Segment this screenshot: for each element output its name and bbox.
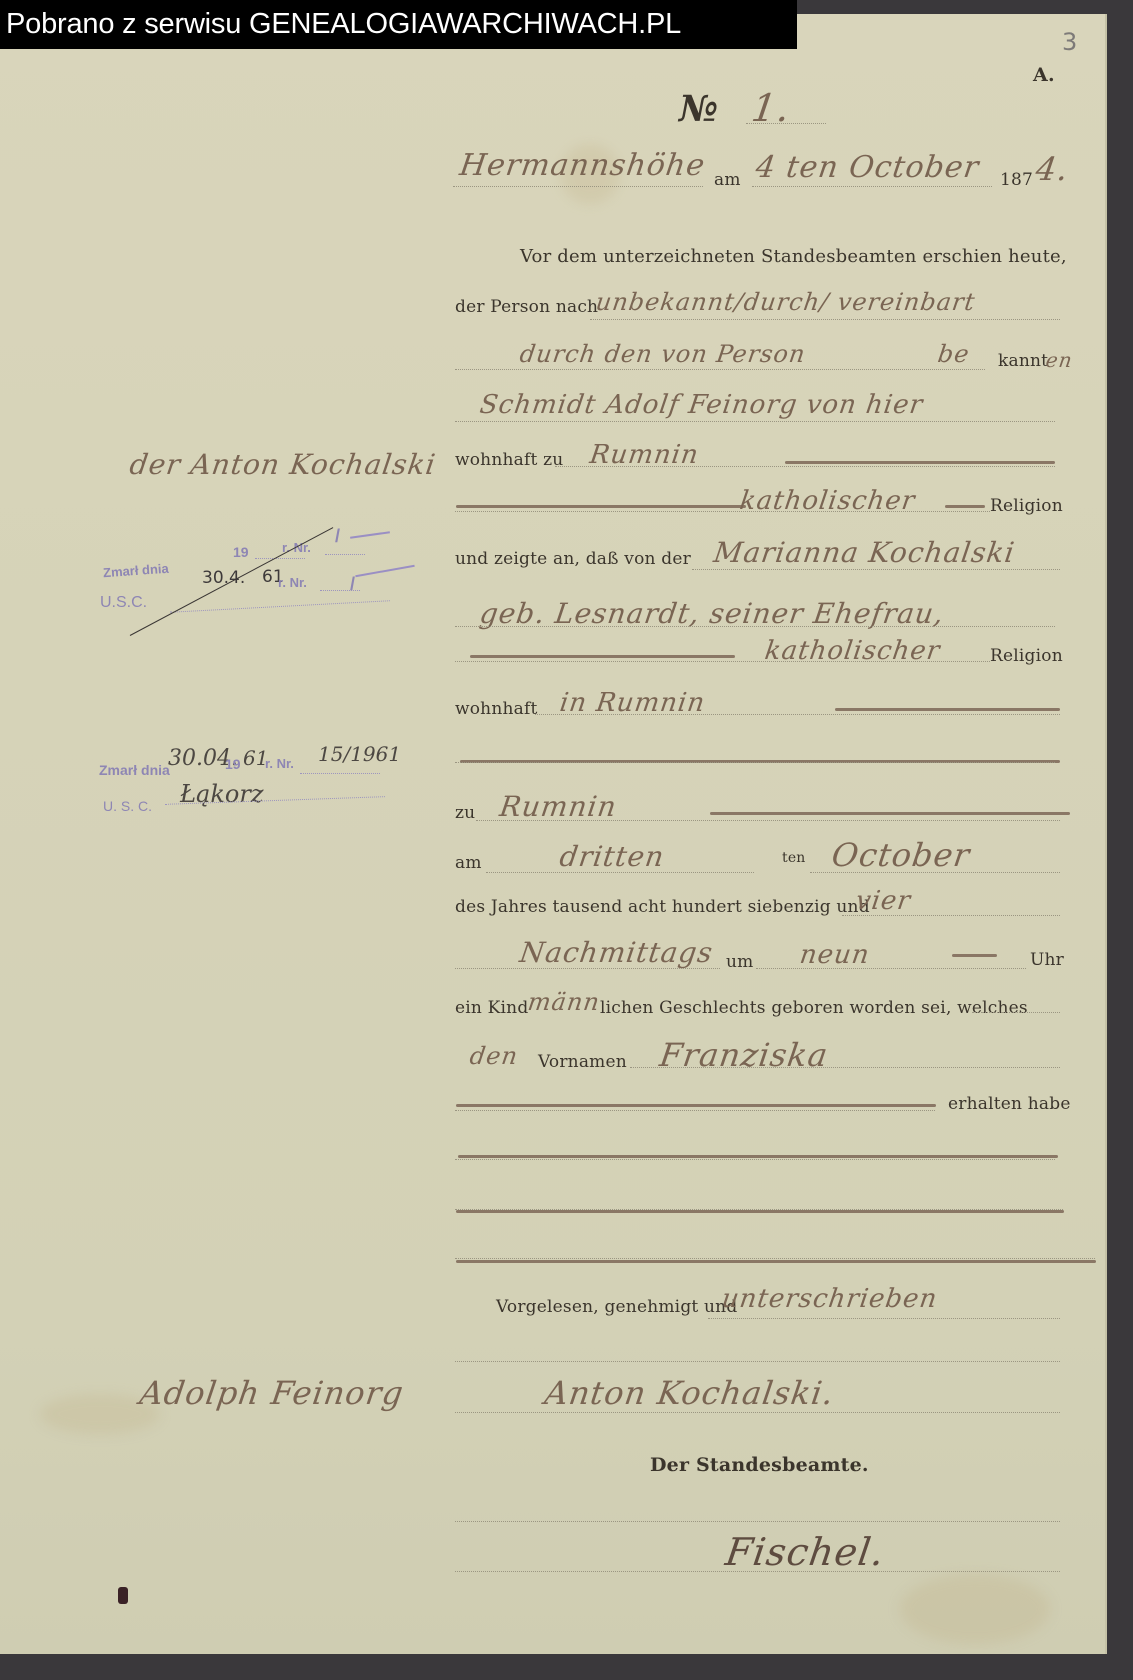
- birth-year-suffix: vier: [854, 886, 913, 916]
- birth-day: dritten: [558, 840, 667, 873]
- person-label: der Person nach: [455, 297, 598, 317]
- year-prefix: 187: [1000, 170, 1033, 190]
- vorname-prefix: den: [468, 1042, 520, 1070]
- birth-time-of-day: Nachmittags: [518, 936, 716, 969]
- bekannt-suffix: en: [1044, 348, 1074, 372]
- page-number: 3: [1062, 28, 1077, 56]
- vorgelesen-status: unterschrieben: [720, 1284, 940, 1314]
- record-number-label: №: [679, 88, 718, 130]
- birth-month: October: [829, 836, 972, 874]
- zeigte-label: und zeigte an, daß von der: [455, 549, 691, 569]
- child-gender: männ: [526, 988, 602, 1016]
- ten-label: ten: [782, 850, 806, 866]
- vornamen-label: Vornamen: [538, 1052, 627, 1072]
- erhalten-label: erhalten habe: [948, 1094, 1071, 1114]
- informant-signature: Anton Kochalski.: [542, 1374, 836, 1412]
- year-suffix: 4.: [1033, 150, 1071, 188]
- margin-note: der Anton Kochalski: [128, 448, 438, 481]
- am-label-birth: am: [455, 853, 482, 873]
- bekannt-prefix: be: [936, 340, 972, 368]
- person-identification-3: Schmidt Adolf Feinorg von hier: [478, 390, 925, 420]
- ink-blot: [118, 1587, 128, 1604]
- wohnhaft-label: wohnhaft: [455, 699, 538, 719]
- registrar-label: Der Standesbeamte.: [650, 1454, 869, 1476]
- kind-text: lichen Geschlechts geboren worden sei, w…: [600, 998, 1028, 1018]
- person-identification-1: unbekannt/durch/ vereinbart: [594, 288, 977, 316]
- mother-name: Marianna Kochalski: [712, 536, 1017, 569]
- registrar-signature: Fischel.: [723, 1530, 888, 1574]
- child-given-name: Franziska: [657, 1036, 831, 1074]
- birth-place: Rumnin: [498, 790, 619, 823]
- intro-text: Vor dem unterzeichneten Standesbeamten e…: [520, 246, 1067, 267]
- uhr-label: Uhr: [1030, 950, 1064, 970]
- um-label: um: [726, 952, 753, 972]
- birth-hour: neun: [798, 940, 872, 970]
- am-label: am: [714, 170, 741, 190]
- form-letter: A.: [1033, 64, 1055, 86]
- wohnhaft-zu-label: wohnhaft zu: [455, 450, 563, 470]
- zu-label: zu: [455, 803, 475, 823]
- religion-label-1: Religion: [990, 496, 1063, 516]
- year-text: des Jahres tausend acht hundert siebenzi…: [455, 897, 870, 917]
- religion-label-2: Religion: [990, 646, 1063, 666]
- registry-place: Hermannshöhe: [458, 148, 708, 183]
- kind-label: ein Kind: [455, 998, 528, 1018]
- person-identification-2: durch den von Person: [518, 340, 807, 368]
- registry-date: 4 ten October: [754, 150, 982, 185]
- vorgelesen-label: Vorgelesen, genehmigt und: [496, 1297, 737, 1317]
- bekannt-label: kannt: [998, 351, 1048, 371]
- witness-signature: Adolph Feinorg: [137, 1374, 406, 1412]
- download-source-banner: Pobrano z serwisu GENEALOGIAWARCHIWACH.P…: [0, 0, 797, 49]
